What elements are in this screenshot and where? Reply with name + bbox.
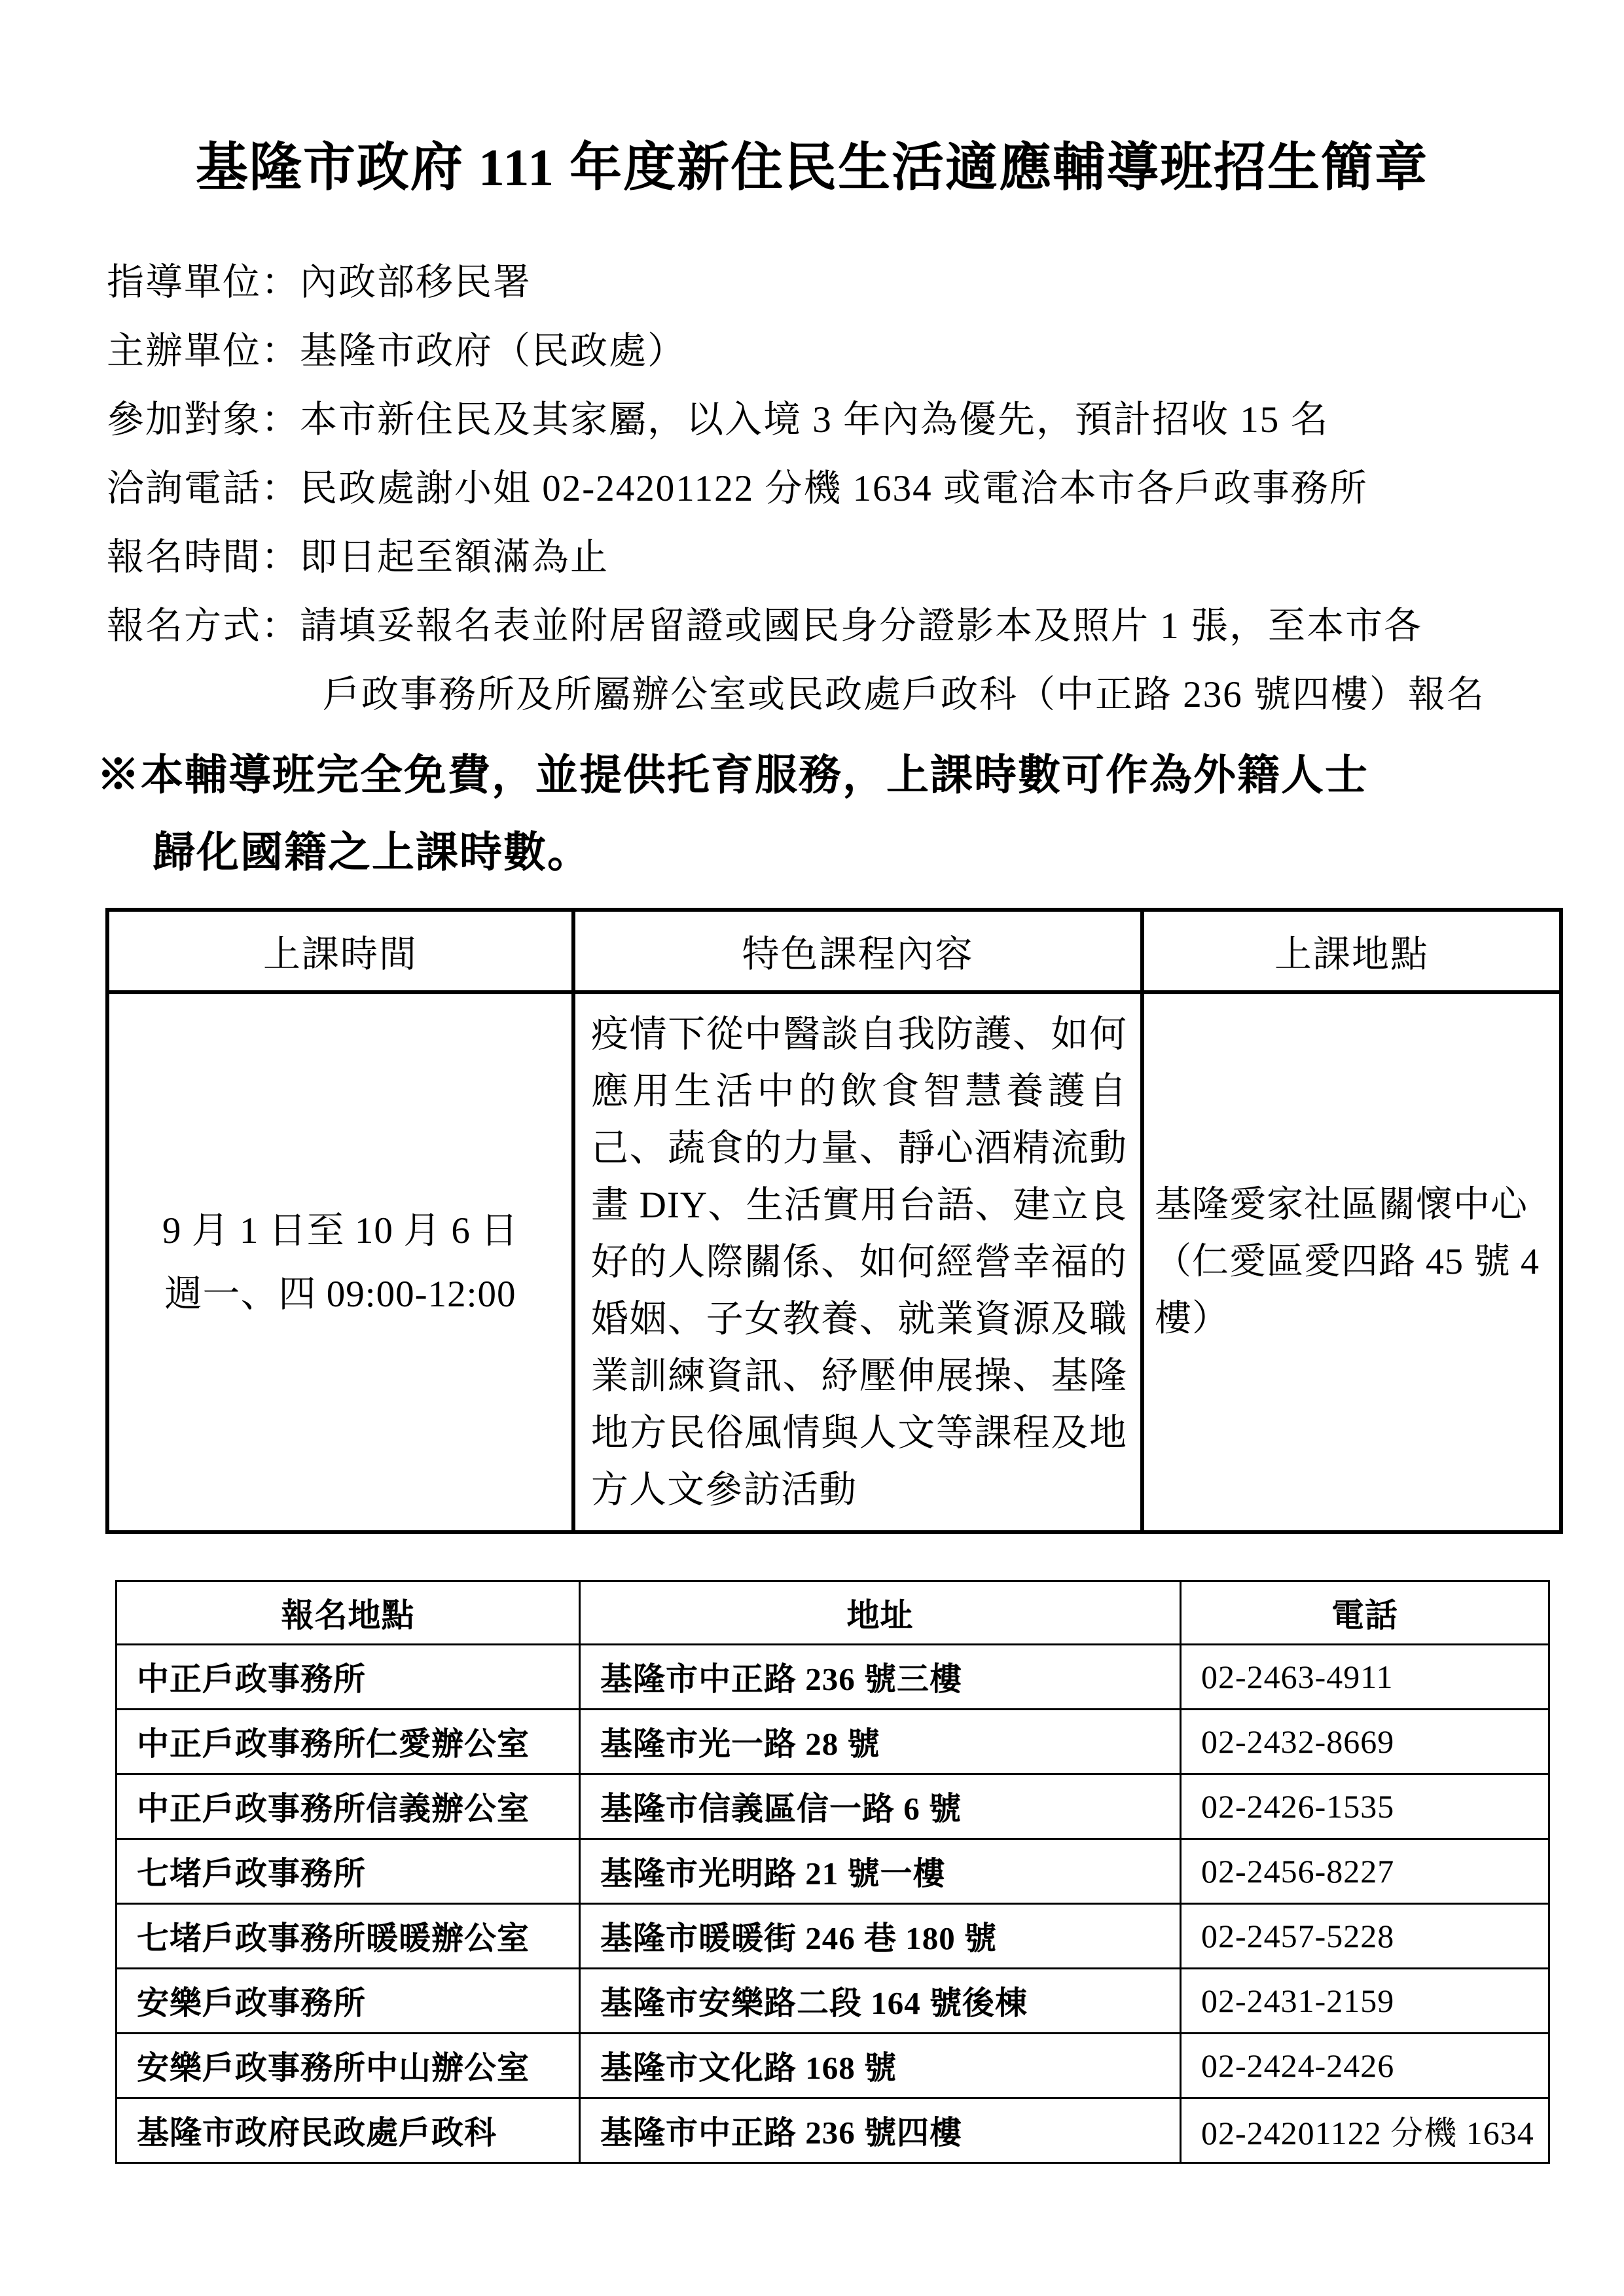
header-registration-location: 報名地點 <box>117 1581 580 1645</box>
info-line-registration-method: 報名方式：請填妥報名表並附居留證或國民身分證影本及照片 1 張，至本市各 <box>107 592 1552 660</box>
table-row: 基隆市政府民政處戶政科 基隆市中正路 236 號四樓 02-24201122 分… <box>117 2098 1549 2163</box>
address: 基隆市中正路 236 號三樓 <box>580 1645 1181 1710</box>
phone: 02-2426-1535 <box>1181 1774 1549 1839</box>
note-line-1: ※本輔導班完全免費，並提供托育服務，上課時數可作為外籍人士 <box>97 737 1552 814</box>
info-line-registration-method-cont: 戶政事務所及所屬辦公室或民政處戶政科（中正路 236 號四樓）報名 <box>107 660 1552 729</box>
table-row: 七堵戶政事務所暖暖辦公室 基隆市暖暖街 246 巷 180 號 02-2457-… <box>117 1904 1549 1969</box>
info-section: 指導單位：內政部移民署 主辦單位：基隆市政府（民政處） 參加對象：本市新住民及其… <box>107 248 1552 729</box>
table-row: 中正戶政事務所仁愛辦公室 基隆市光一路 28 號 02-2432-8669 <box>117 1710 1549 1774</box>
info-line-registration-time: 報名時間：即日起至額滿為止 <box>107 523 1552 592</box>
phone: 02-2431-2159 <box>1181 1969 1549 2034</box>
header-course-content: 特色課程內容 <box>573 910 1142 992</box>
registration-location: 七堵戶政事務所暖暖辦公室 <box>117 1904 580 1969</box>
info-line-participants: 參加對象：本市新住民及其家屬，以入境 3 年內為優先，預計招收 15 名 <box>107 386 1552 454</box>
registration-location: 中正戶政事務所 <box>117 1645 580 1710</box>
table-row: 安樂戶政事務所 基隆市安樂路二段 164 號後棟 02-2431-2159 <box>117 1969 1549 2034</box>
phone: 02-2424-2426 <box>1181 2034 1549 2098</box>
address: 基隆市光明路 21 號一樓 <box>580 1839 1181 1904</box>
class-weekday-hours: 週一、四 09:00-12:00 <box>110 1263 571 1326</box>
free-course-note: ※本輔導班完全免費，並提供托育服務，上課時數可作為外籍人士 歸化國籍之上課時數。 <box>97 737 1552 891</box>
header-address: 地址 <box>580 1581 1181 1645</box>
address: 基隆市信義區信一路 6 號 <box>580 1774 1181 1839</box>
address: 基隆市安樂路二段 164 號後棟 <box>580 1969 1181 2034</box>
info-line-advisor: 指導單位：內政部移民署 <box>107 248 1552 317</box>
registration-location: 七堵戶政事務所 <box>117 1839 580 1904</box>
phone: 02-2457-5228 <box>1181 1904 1549 1969</box>
registration-location: 安樂戶政事務所 <box>117 1969 580 2034</box>
info-line-contact-phone: 洽詢電話：民政處謝小姐 02-24201122 分機 1634 或電洽本市各戶政… <box>107 454 1552 523</box>
header-phone: 電話 <box>1181 1581 1549 1645</box>
registration-locations-table: 報名地點 地址 電話 中正戶政事務所 基隆市中正路 236 號三樓 02-246… <box>115 1580 1550 2164</box>
course-table-header-row: 上課時間 特色課程內容 上課地點 <box>107 910 1561 992</box>
phone: 02-2463-4911 <box>1181 1645 1549 1710</box>
registration-location: 基隆市政府民政處戶政科 <box>117 2098 580 2163</box>
registration-table-header-row: 報名地點 地址 電話 <box>117 1581 1549 1645</box>
table-row: 七堵戶政事務所 基隆市光明路 21 號一樓 02-2456-8227 <box>117 1839 1549 1904</box>
class-location-cell: 基隆愛家社區關懷中心（仁愛區愛四路 45 號 4 樓） <box>1142 992 1561 1532</box>
address: 基隆市中正路 236 號四樓 <box>580 2098 1181 2163</box>
table-row: 中正戶政事務所 基隆市中正路 236 號三樓 02-2463-4911 <box>117 1645 1549 1710</box>
page-title: 基隆市政府 111 年度新住民生活適應輔導班招生簡章 <box>0 0 1624 202</box>
course-content-cell: 疫情下從中醫談自我防護、如何應用生活中的飲食智慧養護自己、蔬食的力量、靜心酒精流… <box>573 992 1142 1532</box>
registration-location: 中正戶政事務所仁愛辦公室 <box>117 1710 580 1774</box>
phone: 02-2432-8669 <box>1181 1710 1549 1774</box>
table-row: 中正戶政事務所信義辦公室 基隆市信義區信一路 6 號 02-2426-1535 <box>117 1774 1549 1839</box>
header-class-time: 上課時間 <box>107 910 573 992</box>
class-date-range: 9 月 1 日至 10 月 6 日 <box>110 1199 571 1263</box>
table-row: 安樂戶政事務所中山辦公室 基隆市文化路 168 號 02-2424-2426 <box>117 2034 1549 2098</box>
course-schedule-table: 上課時間 特色課程內容 上課地點 9 月 1 日至 10 月 6 日 週一、四 … <box>105 908 1563 1534</box>
course-table-data-row: 9 月 1 日至 10 月 6 日 週一、四 09:00-12:00 疫情下從中… <box>107 992 1561 1532</box>
address: 基隆市暖暖街 246 巷 180 號 <box>580 1904 1181 1969</box>
document-page: 基隆市政府 111 年度新住民生活適應輔導班招生簡章 指導單位：內政部移民署 主… <box>0 0 1624 2296</box>
header-class-location: 上課地點 <box>1142 910 1561 992</box>
phone: 02-24201122 分機 1634 <box>1181 2098 1549 2163</box>
note-line-2: 歸化國籍之上課時數。 <box>97 814 1552 891</box>
registration-location: 安樂戶政事務所中山辦公室 <box>117 2034 580 2098</box>
info-line-organizer: 主辦單位：基隆市政府（民政處） <box>107 317 1552 386</box>
address: 基隆市文化路 168 號 <box>580 2034 1181 2098</box>
phone: 02-2456-8227 <box>1181 1839 1549 1904</box>
class-time-cell: 9 月 1 日至 10 月 6 日 週一、四 09:00-12:00 <box>107 992 573 1532</box>
registration-location: 中正戶政事務所信義辦公室 <box>117 1774 580 1839</box>
address: 基隆市光一路 28 號 <box>580 1710 1181 1774</box>
